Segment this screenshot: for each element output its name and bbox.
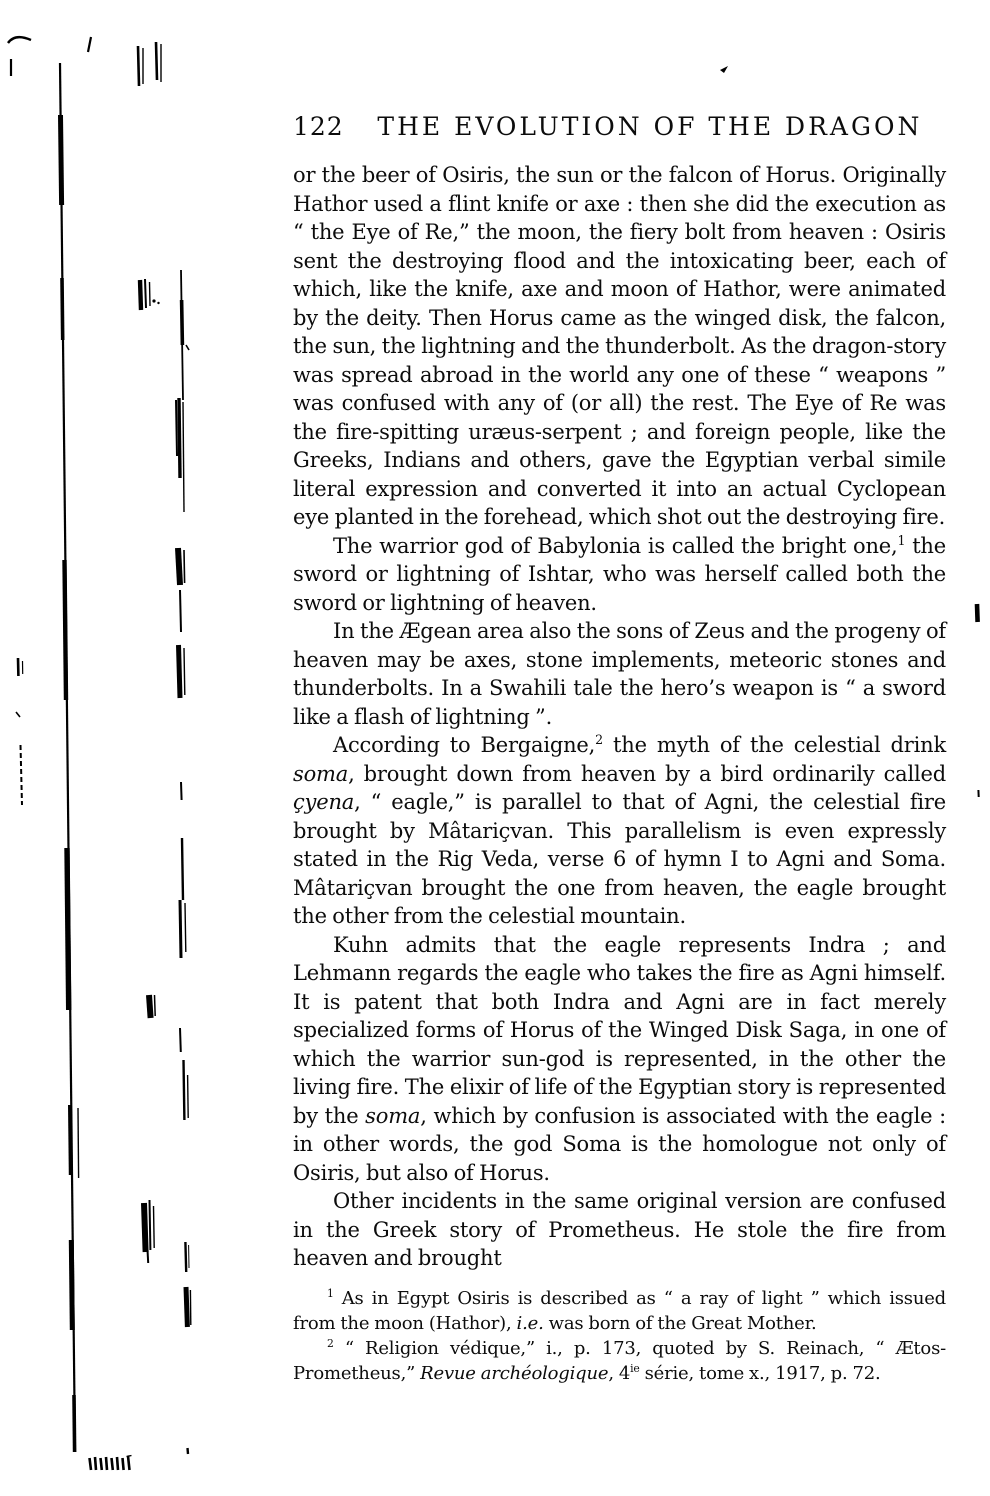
paragraph: Other incidents in the same original ver… [293,1187,946,1273]
scan-artifact-streak [188,1075,189,1118]
text-segment: In the Ægean area also the sons of Zeus … [293,619,946,729]
footnote-ref: ie [630,1362,639,1375]
scan-artifact-streak [184,648,185,695]
scan-artifact-streak [182,838,183,900]
text-segment: the myth of the celestial drink [603,733,946,757]
scan-artifact-streak [183,402,184,512]
scan-artifact-gutter-thick [70,1105,71,1175]
scan-artifact-streak [180,590,181,632]
scan-artifact-bar [156,42,157,80]
scan-artifact-cluster [144,1203,146,1252]
scan-artifact-streak [184,1060,185,1120]
text-segment: , brought down from heaven by a bird ord… [348,762,946,786]
scan-artifact-streak [182,300,183,345]
text-segment: Kuhn admits that the eagle represents In… [293,933,946,1128]
paragraph: Kuhn admits that the eagle represents In… [293,931,946,1188]
paragraph: The warrior god of Babylonia is called t… [293,532,946,618]
footnote: 1 As in Egypt Osiris is described as “ a… [293,1286,946,1336]
scan-artifact-gutter-thick [65,560,67,700]
scan-artifact-speck [188,1448,189,1454]
scan-artifact-dot [157,302,159,304]
text-segment: According to Bergaigne, [333,733,595,757]
text-column: 122 THE EVOLUTION OF THE DRAGON or the b… [293,112,946,1386]
body-text: or the beer of Osiris, the sun or the fa… [293,161,946,1273]
scan-artifact-blotch [155,995,156,1016]
scan-artifact-cluster [148,1250,149,1263]
scan-artifact-streak [185,1242,186,1272]
scan-artifact-cluster [154,1206,155,1248]
italic-text: soma [293,762,348,786]
italic-text: çyena [293,790,354,814]
text-segment: , 4 [608,1363,630,1384]
paragraph: In the Ægean area also the sons of Zeus … [293,617,946,731]
scan-artifact-streak [186,1287,187,1327]
text-segment: série, tome x., 1917, p. 72. [640,1363,881,1384]
scan-artifact-cluster [150,282,151,306]
text-segment: The warrior god of Babylonia is called t… [333,534,897,558]
text-segment: was born of the Great Mother. [544,1313,817,1334]
scan-artifact-streak [179,645,181,698]
scan-artifact-cluster [145,279,146,308]
scan-artifact-gutter-thick [62,278,63,340]
scan-artifact-cluster [140,280,141,310]
scan-artifact-gutter-thick [74,1395,75,1452]
footnote-ref: 2 [327,1337,334,1350]
scan-artifact-streak [176,400,177,456]
scan-artifact-blotch [149,995,151,1018]
scan-artifact-dot [152,299,155,302]
scan-artifact-gutter-thick [67,848,69,1010]
scan-artifact-streak [180,1028,181,1052]
scan-artifact-streak [180,900,181,958]
page-number: 122 [293,112,344,141]
page-title: THE EVOLUTION OF THE DRAGON [344,112,946,141]
scan-artifact-gutter-thick [61,115,62,205]
scan-artifact-hook [8,37,31,43]
paragraph: or the beer of Osiris, the sun or the fa… [293,161,946,532]
scan-artifact-gutter-echo [78,1108,79,1178]
scan-artifact-dashed-line [21,745,23,805]
scan-artifact-gutter-thick [71,1240,72,1330]
italic-text: Revue archéologique [420,1363,608,1384]
scan-artifact-speck [88,37,91,52]
scan-artifact-streak [179,398,180,478]
paragraph: According to Bergaigne,2 the myth of the… [293,731,946,931]
scan-artifact-streak [181,782,182,800]
footnote: 2 “ Religion védique,” i., p. 173, quote… [293,1336,946,1386]
scan-artifact-streak [185,903,186,952]
italic-text: i.e. [517,1313,544,1334]
text-segment: , “ eagle,” is parallel to that of Agni,… [293,790,946,928]
scanned-book-page: 122 THE EVOLUTION OF THE DRAGON or the b… [0,0,990,1496]
scan-artifact-speck [720,66,728,73]
scan-artifact-streak [181,270,183,400]
scan-artifact-cluster [150,1200,151,1250]
footnote-ref: 2 [595,732,603,747]
scan-artifact-right-mark [977,604,978,622]
italic-text: soma [365,1104,420,1128]
footnote-ref: 1 [327,1287,334,1300]
scan-artifact-streak [186,345,189,350]
scan-artifact-streak [184,550,185,583]
footnotes: 1 As in Egypt Osiris is described as “ a… [293,1286,946,1386]
running-header: 122 THE EVOLUTION OF THE DRAGON [293,112,946,141]
scan-artifact-speck [16,712,20,717]
scan-artifact-gutter-line [60,63,75,1452]
text-segment: Other incidents in the same original ver… [293,1189,946,1270]
scan-artifact-bottom-hatch [90,1456,132,1471]
scan-artifact-streak [178,548,180,585]
text-segment: or the beer of Osiris, the sun or the fa… [293,163,946,529]
scan-artifact-bar [138,46,139,86]
